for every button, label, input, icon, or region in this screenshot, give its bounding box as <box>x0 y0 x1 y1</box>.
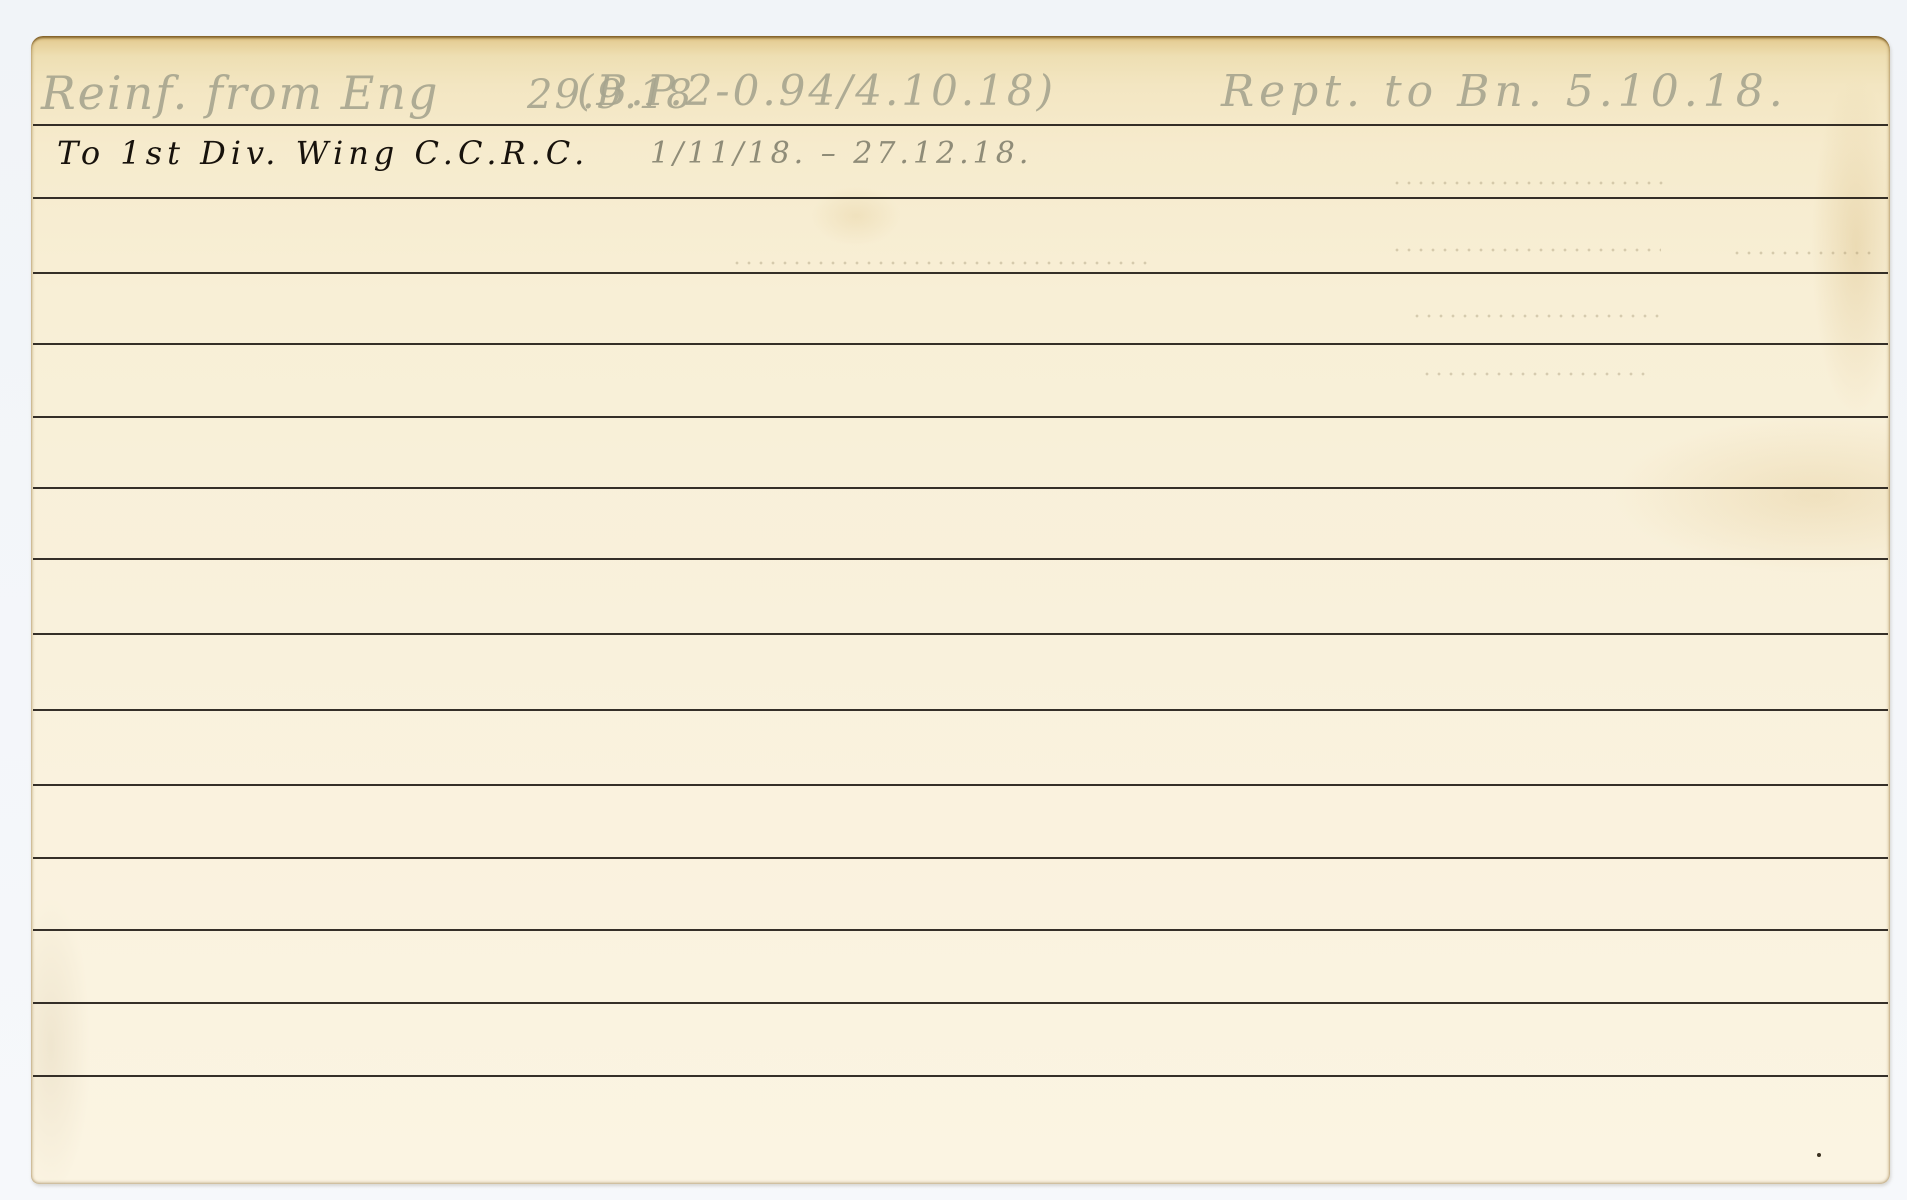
ruled-line-13 <box>33 1002 1888 1004</box>
age-stain <box>1811 76 1890 416</box>
show-through-marks <box>1421 372 1651 376</box>
ruled-line-4 <box>33 343 1888 345</box>
show-through-marks <box>731 261 1151 265</box>
ruled-line-10 <box>33 784 1888 786</box>
scan-background: Reinf. from Eng 29.9.18 (B.P.2-0.94/4.10… <box>0 0 1907 1200</box>
show-through-marks <box>1731 251 1871 255</box>
show-through-marks <box>1391 181 1671 185</box>
ruled-line-11 <box>33 857 1888 859</box>
entry-posting-dates: 1/11/18. – 27.12.18. <box>650 136 1032 171</box>
paper-speck <box>1817 1153 1821 1157</box>
ruled-line-9 <box>33 709 1888 711</box>
ruled-line-7 <box>33 558 1888 560</box>
ruled-line-6 <box>33 487 1888 489</box>
show-through-marks <box>1391 248 1661 252</box>
ruled-line-3 <box>33 272 1888 274</box>
age-stain <box>811 186 901 246</box>
entry-reinforcement-source: Reinf. from Eng <box>41 66 439 120</box>
ruled-line-1 <box>33 124 1888 126</box>
ruled-line-8 <box>33 633 1888 635</box>
record-card: Reinf. from Eng 29.9.18 (B.P.2-0.94/4.10… <box>31 36 1890 1184</box>
entry-posting-unit: To 1st Div. Wing C.C.R.C. <box>57 134 589 172</box>
age-stain <box>31 896 91 1184</box>
ruled-line-12 <box>33 929 1888 931</box>
entry-reported-to-battalion: Rept. to Bn. 5.10.18. <box>1221 66 1788 117</box>
entry-reference-number: (B.P.2-0.94/4.10.18) <box>577 66 1056 115</box>
show-through-marks <box>1411 314 1661 318</box>
ruled-line-14 <box>33 1075 1888 1077</box>
ruled-line-2 <box>33 197 1888 199</box>
ruled-line-5 <box>33 416 1888 418</box>
